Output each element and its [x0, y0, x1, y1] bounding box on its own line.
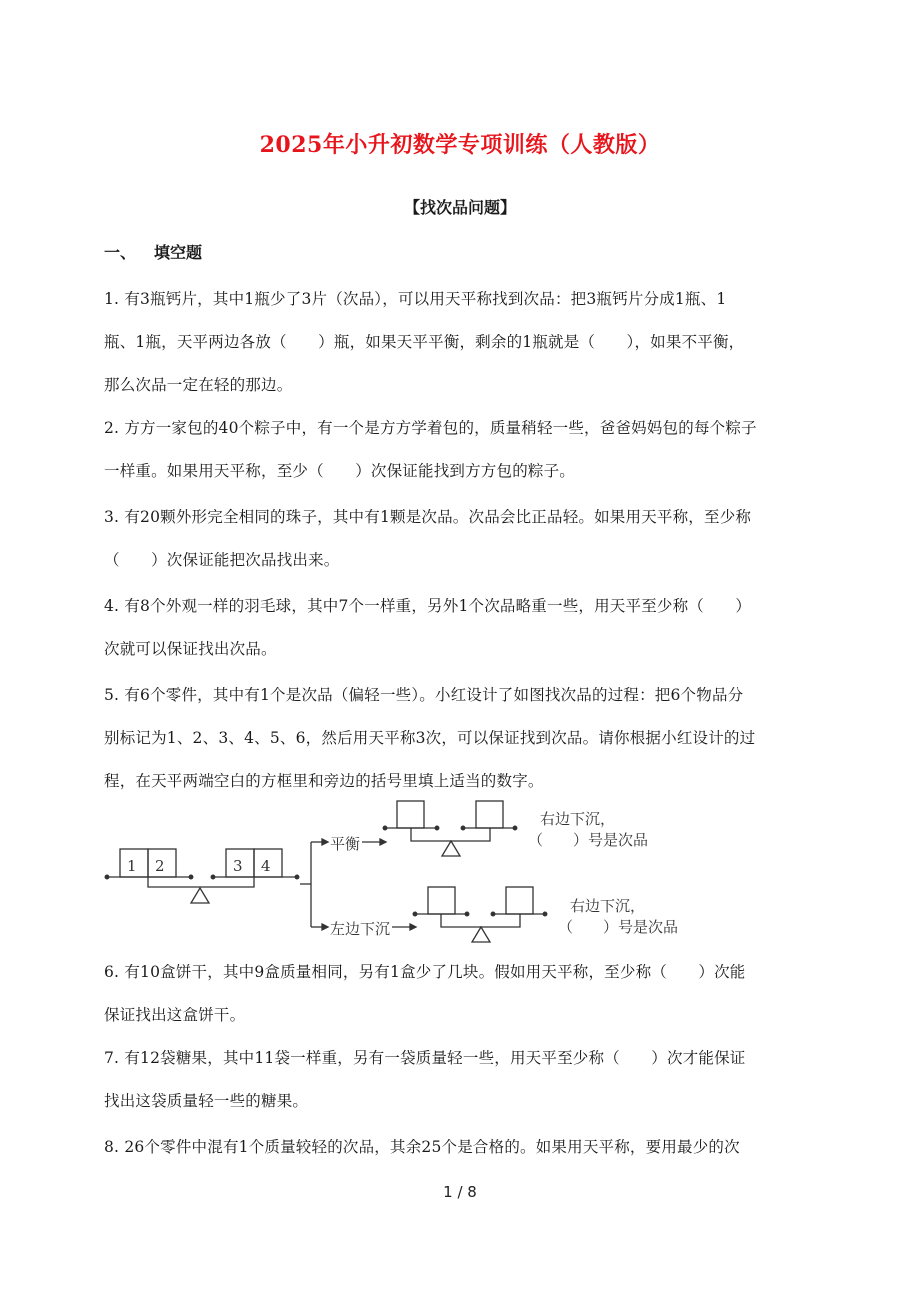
question-line: 6. 有10盒饼干，其中9盒质量相同，另有1盒少了几块。假如用天平称，至少称（ …: [104, 960, 745, 982]
question-line: 4. 有8个外观一样的羽毛球，其中7个一样重，另外1个次品略重一些，用天平至少称…: [104, 594, 751, 616]
section-number: 一、: [104, 243, 136, 262]
question-line: 7. 有12袋糖果，其中11袋一样重，另有一袋质量轻一些，用天平至少称（ ）次才…: [104, 1046, 745, 1068]
branch-left-down-label: 左边下沉: [330, 918, 390, 939]
question-line: 找出这袋质量轻一些的糖果。: [104, 1089, 308, 1111]
question-line: 5. 有6个零件，其中有1个是次品（偏轻一些）。小红设计了如图找次品的过程：把6…: [104, 683, 743, 705]
page-indicator: 1 / 8: [0, 1183, 920, 1201]
question-line: 8. 26个零件中混有1个质量较轻的次品，其余25个是合格的。如果用天平称，要用…: [104, 1135, 740, 1157]
box-label: 3: [233, 857, 243, 875]
box-label: 1: [127, 857, 137, 875]
question-line: 瓶、1瓶，天平两边各放（ ）瓶，如果天平平衡，剩余的1瓶就是（ ），如果不平衡，: [104, 330, 744, 352]
section-label: 填空题: [154, 243, 202, 262]
question-line: 一样重。如果用天平称，至少（ ）次保证能找到方方包的粽子。: [104, 459, 575, 481]
balance-diagram: 1 2 3 4 平衡 左边下沉 右边下沉， （ ）号是次品 右边下沉， （ ）号…: [100, 795, 700, 950]
question-line: 3. 有20颗外形完全相同的珠子，其中有1颗是次品。次品会比正品轻。如果用天平称…: [104, 505, 751, 527]
box-label: 4: [261, 857, 271, 875]
question-line: 别标记为1、2、3、4、5、6，然后用天平称3次，可以保证找到次品。请你根据小红…: [104, 726, 755, 748]
branch-balanced-label: 平衡: [330, 833, 360, 854]
document-title: 2025年小升初数学专项训练（人教版）: [0, 128, 920, 159]
result-top-line2: （ ）号是次品: [528, 829, 648, 850]
question-line: 那么次品一定在轻的那边。: [104, 373, 292, 395]
question-line: 保证找出这盒饼干。: [104, 1003, 245, 1025]
question-line: 程，在天平两端空白的方框里和旁边的括号里填上适当的数字。: [104, 769, 544, 791]
topic-heading: 【找次品问题】: [0, 195, 920, 218]
result-bottom-line1: 右边下沉，: [570, 895, 645, 916]
question-line: 1. 有3瓶钙片，其中1瓶少了3片（次品），可以用天平称找到次品：把3瓶钙片分成…: [104, 287, 726, 309]
result-bottom-line2: （ ）号是次品: [558, 916, 678, 937]
question-line: （ ）次保证能把次品找出来。: [104, 548, 340, 570]
box-label: 2: [155, 857, 165, 875]
section-heading: 一、填空题: [104, 240, 202, 263]
question-line: 2. 方方一家包的40个粽子中，有一个是方方学着包的，质量稍轻一些，爸爸妈妈包的…: [104, 416, 757, 438]
question-line: 次就可以保证找出次品。: [104, 637, 277, 659]
result-top-line1: 右边下沉，: [540, 808, 615, 829]
